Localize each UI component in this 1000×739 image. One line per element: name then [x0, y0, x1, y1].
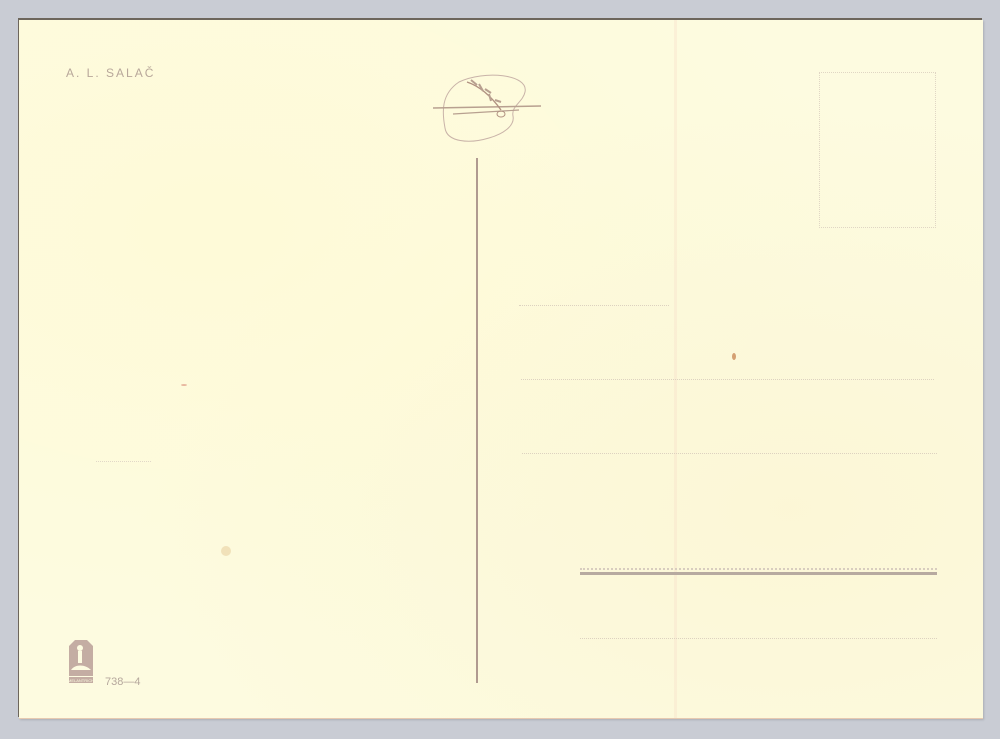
publisher-logo-icon: MELANTRICH [65, 640, 97, 685]
address-line-4-underline [580, 572, 937, 575]
stamp-box [819, 72, 936, 228]
stain [221, 546, 231, 556]
message-address-divider [476, 158, 478, 683]
stain [732, 353, 736, 360]
postcard-back: A. L. SALAČ MELANTRICH 738—4 [19, 20, 983, 719]
faint-dotted-mark [96, 461, 151, 462]
address-line-2 [521, 379, 934, 380]
artist-signature: A. L. SALAČ [66, 66, 155, 80]
address-line-5 [580, 638, 937, 639]
address-line-3 [522, 453, 937, 454]
fold-crease [674, 20, 677, 718]
svg-text:MELANTRICH: MELANTRICH [68, 678, 94, 683]
address-line-1 [519, 305, 669, 306]
palette-with-laurel-branch-icon [429, 72, 544, 147]
catalog-number: 738—4 [105, 676, 140, 688]
stain [181, 384, 187, 386]
address-line-4-dotted [580, 568, 937, 570]
